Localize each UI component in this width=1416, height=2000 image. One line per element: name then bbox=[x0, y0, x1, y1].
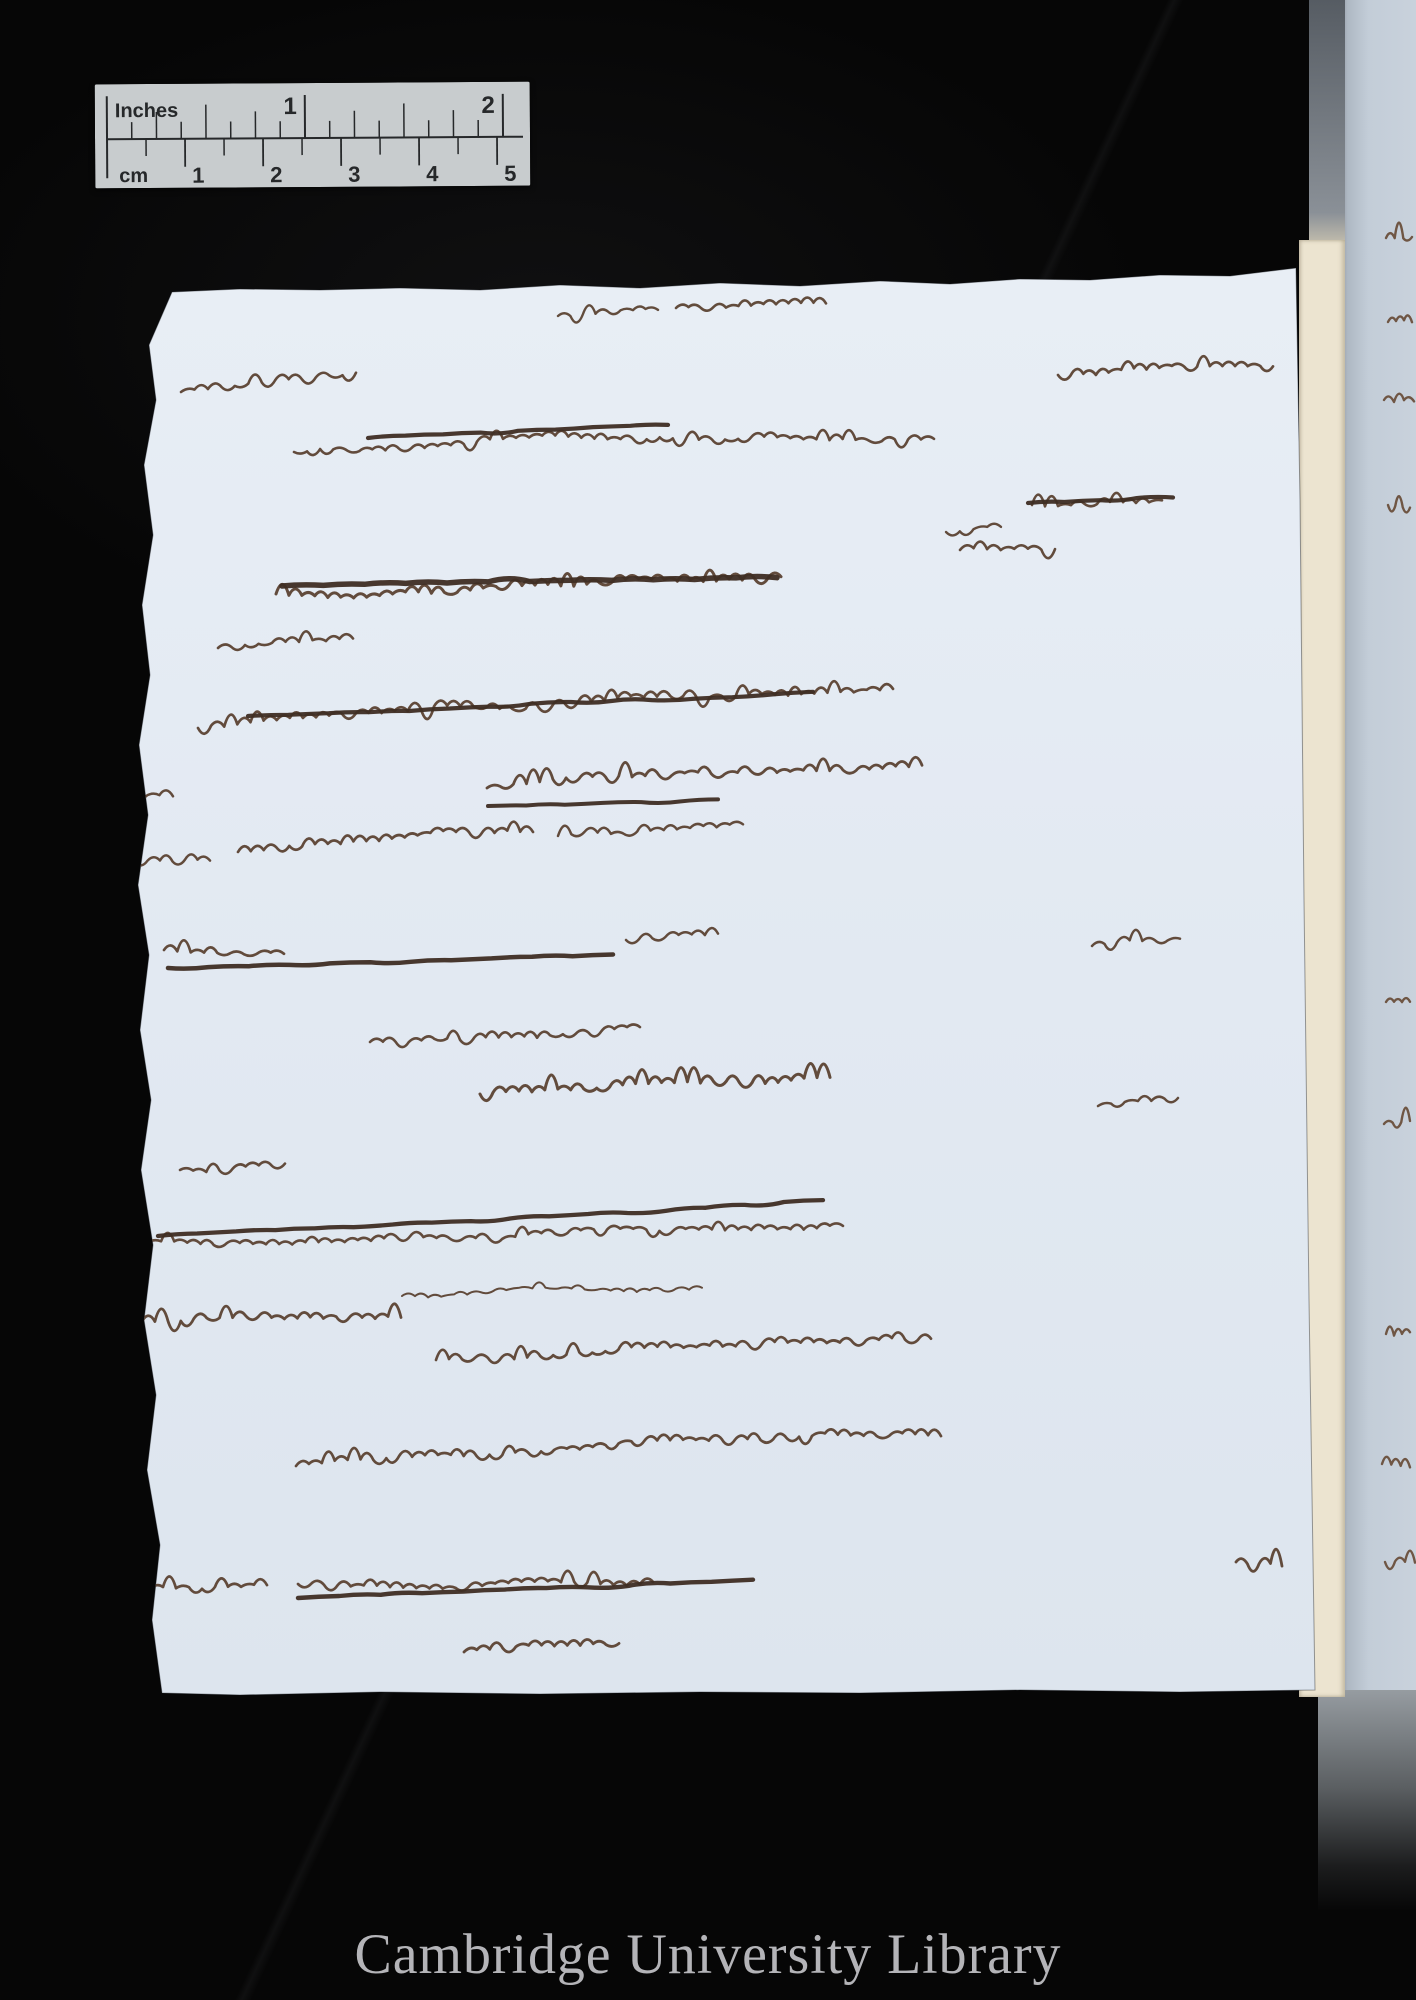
ruler-cm-2-label: 2 bbox=[270, 162, 282, 187]
adjacent-page-glyph bbox=[1382, 1457, 1410, 1468]
ruler-inch-2-label: 2 bbox=[481, 92, 495, 119]
adjacent-page-glyph bbox=[1386, 1327, 1410, 1336]
right-page-glyphs bbox=[1382, 223, 1415, 1569]
ruler-tick bbox=[107, 96, 108, 178]
adjacent-page-glyph bbox=[1388, 315, 1412, 322]
handwriting-line bbox=[78, 987, 120, 994]
adjacent-page-glyph bbox=[1384, 1108, 1410, 1128]
adjacent-page-glyph bbox=[1384, 394, 1414, 402]
adjacent-page-glyph bbox=[1386, 223, 1412, 241]
ruler-cm-3-label: 3 bbox=[348, 162, 360, 187]
cambridge-watermark: Cambridge University Library bbox=[14, 1922, 1402, 1987]
measurement-ruler: Inches 1 2 cm 1 2 3 4 5 bbox=[95, 82, 531, 189]
inches-scale-label: Inches bbox=[115, 100, 178, 122]
ruler-body bbox=[95, 82, 531, 189]
torn-paper-fragment bbox=[138, 268, 1315, 1695]
ruler-cm-4-label: 4 bbox=[426, 161, 439, 186]
ruler-inch-1-label: 1 bbox=[283, 93, 297, 120]
manuscript-layer bbox=[0, 0, 1416, 2000]
ruler-cm-1-label: 1 bbox=[192, 163, 204, 188]
adjacent-page-glyph bbox=[1385, 1551, 1415, 1569]
photo-canvas: Inches 1 2 cm 1 2 3 4 5 Cambridge Univer… bbox=[0, 0, 1416, 2000]
cm-scale-label: cm bbox=[119, 165, 148, 187]
ruler-cm-5-label: 5 bbox=[504, 161, 516, 186]
adjacent-page-glyph bbox=[1386, 998, 1410, 1002]
adjacent-page-glyph bbox=[1388, 496, 1410, 512]
